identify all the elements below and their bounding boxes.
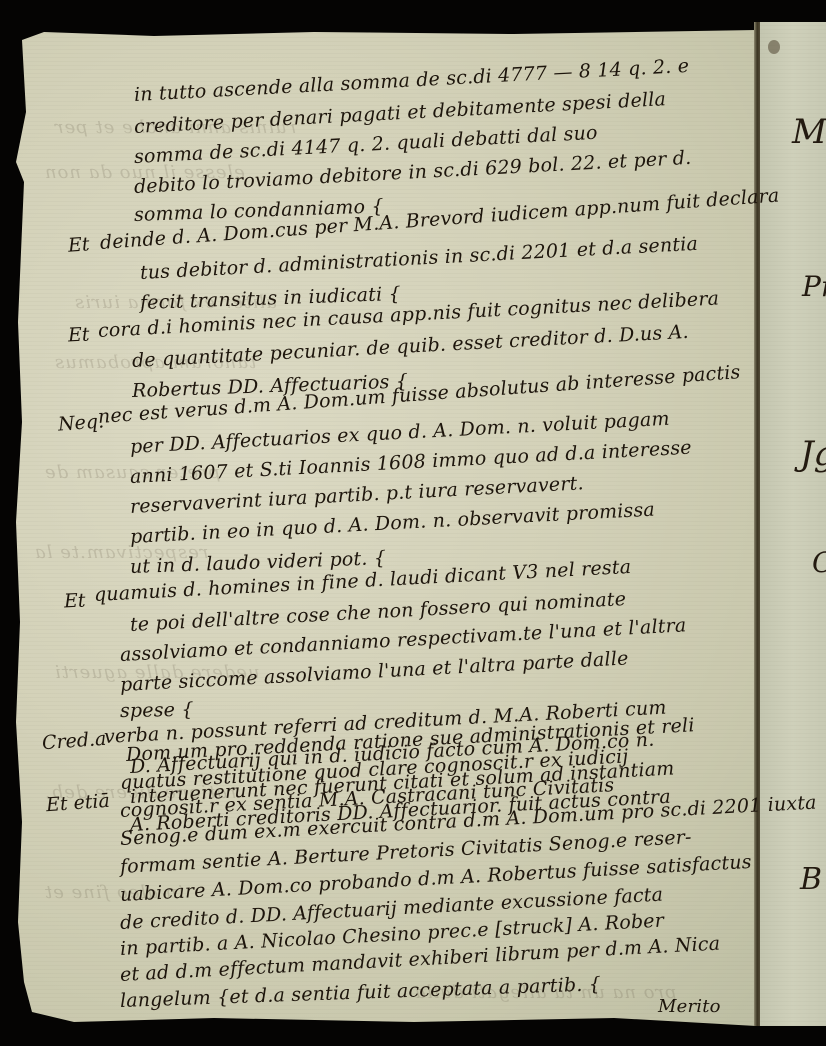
- margin-note-4: Et: [63, 589, 86, 612]
- right-page: Me Pr Jg Cu B: [760, 22, 826, 1026]
- margin-note-1: Et: [67, 233, 90, 256]
- right-initial-3: Jg: [800, 434, 826, 474]
- margin-note-2: Et: [67, 323, 90, 346]
- signature-merito: Merito: [658, 996, 721, 1017]
- right-initial-2: Pr: [802, 270, 826, 303]
- margin-note-6: Et etiā: [45, 790, 110, 816]
- manuscript-scan: ruinis anni anche et per elesse il nuo d…: [0, 0, 826, 1046]
- text-line-22: spese {: [120, 699, 194, 722]
- ink-stain: [768, 40, 780, 54]
- right-initial-1: Me: [792, 112, 826, 152]
- margin-note-5: Cred.a: [41, 728, 107, 754]
- right-initial-5: B: [800, 862, 822, 897]
- right-initial-4: Cu: [812, 546, 826, 579]
